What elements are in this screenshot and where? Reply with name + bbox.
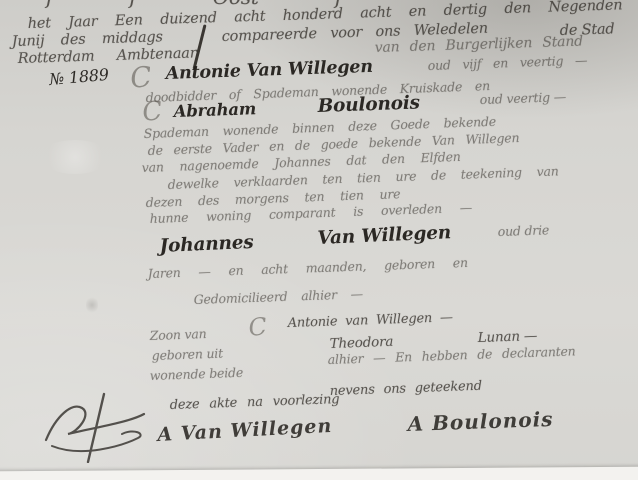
boulonois-age: oud veertig — [479,89,566,107]
line-gedomicilieerd: Gedomicilieerd alhier — [193,286,363,307]
document-scan: f f Oost f het Jaar Een duizend acht hon… [0,0,638,480]
name-antonie-2: Antonie van Willegen — [287,310,453,331]
flourish-c-icon: C [247,312,268,342]
line-jaren-maanden: Jaren — en acht maanden, geboren en [147,255,468,281]
record-number: № 1889 [48,65,109,89]
line-deze-akte: deze akte na voorlezing [169,392,339,413]
line-geboren-uit: geboren uit [151,346,223,363]
name-boulonois: Boulonois [317,92,420,117]
signature-a-van-willegen: A Van Willegen [157,415,333,446]
johannes-age: oud drie [497,222,549,239]
signature-a-boulonois: A Boulonois [407,407,554,436]
name-lunan: Lunan — [477,328,537,346]
line-nevens-geteekend: nevens ons geteekend [329,379,482,399]
name-van-willegen-2: Van Willegen [317,222,451,249]
line-zoon-van: Zoon van [149,326,206,343]
flourish-c-icon: C [141,96,164,128]
paper-smudge [40,140,110,174]
scan-edge-strip [0,467,638,480]
name-abraham: Abraham [173,99,256,121]
antonie-age: oud vijf en veertig — [427,52,587,73]
margin-paraph-signature-icon [38,388,168,463]
name-johannes: Johannes [159,232,254,257]
line-wonende-beide: wonende beide [149,365,243,383]
paper-smudge [86,296,98,314]
